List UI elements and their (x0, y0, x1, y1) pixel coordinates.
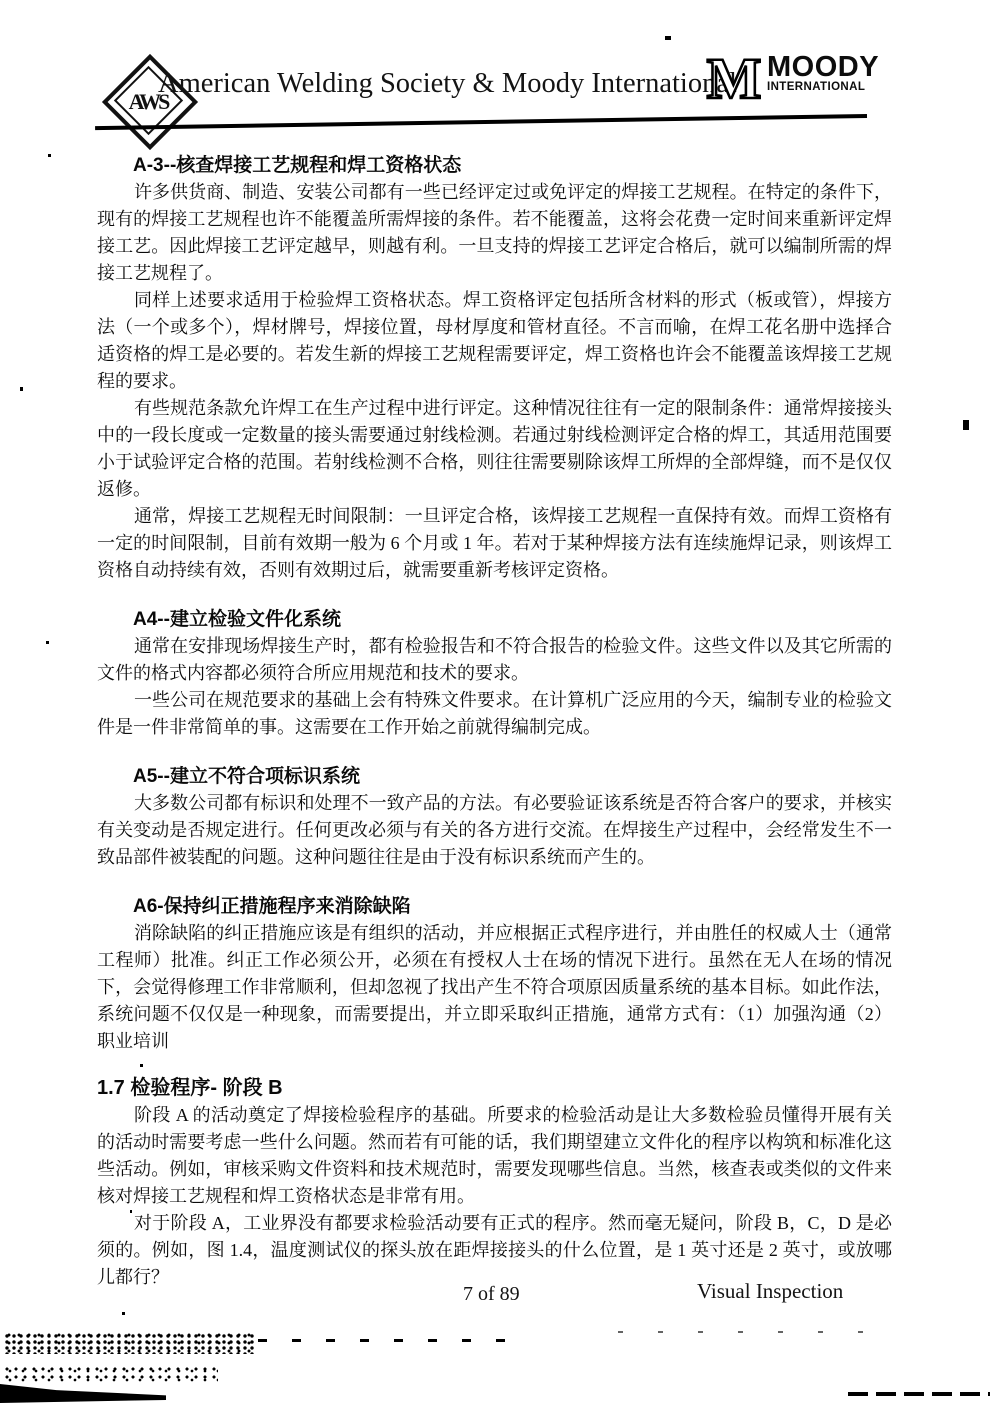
scan-noise-band (4, 1366, 218, 1383)
paragraph: 消除缺陷的纠正措施应该是有组织的活动，并应根据正式程序进行，并由胜任的权威人士（… (97, 920, 892, 1055)
section-heading: A-3--核查焊接工艺规程和焊工资格状态 (133, 152, 892, 179)
header-rule (95, 114, 867, 130)
section-a4: A4--建立检验文件化系统 通常在安排现场焊接生产时，都有检验报告和不符合报告的… (97, 606, 892, 741)
scan-speck (122, 1312, 125, 1315)
scan-noise-band (258, 1337, 530, 1344)
paragraph: 有些规范条款允许焊工在生产过程中进行评定。这种情况往往有一定的限制条件：通常焊接… (97, 395, 892, 503)
moody-m-icon: M (706, 50, 762, 108)
scan-noise-band (618, 1329, 886, 1334)
scan-speck (48, 154, 51, 157)
section-heading: A4--建立检验文件化系统 (133, 606, 892, 633)
section-a3: A-3--核查焊接工艺规程和焊工资格状态 许多供货商、制造、安装公司都有一些已经… (97, 152, 892, 584)
scan-speck (130, 1210, 132, 1213)
scan-speck (20, 387, 23, 391)
section-heading: A5--建立不符合项标识系统 (133, 763, 892, 790)
paragraph: 大多数公司都有标识和处理不一致产品的方法。有必要验证该系统是否符合客户的要求，并… (97, 790, 892, 871)
paragraph: 一些公司在规范要求的基础上会有特殊文件要求。在计算机广泛应用的今天，编制专业的检… (97, 687, 892, 741)
scan-speck (963, 420, 969, 430)
section-a5: A5--建立不符合项标识系统 大多数公司都有标识和处理不一致产品的方法。有必要验… (97, 763, 892, 871)
svg-text:M: M (707, 50, 762, 108)
scan-noise-band (4, 1333, 256, 1354)
scan-speck (140, 1064, 143, 1067)
section-a6: A6-保持纠正措施程序来消除缺陷 消除缺陷的纠正措施应该是有组织的活动，并应根据… (97, 893, 892, 1055)
scan-speck (46, 641, 49, 644)
moody-wordmark: MOODY (767, 53, 879, 81)
moody-wordmark-block: MOODY INTERNATIONAL (767, 50, 879, 94)
scan-speck (665, 36, 671, 40)
scanned-document-page: AWS American Welding Society & Moody Int… (0, 0, 992, 1403)
paragraph: 通常在安排现场焊接生产时，都有检验报告和不符合报告的检验文件。这些文件以及其它所… (97, 633, 892, 687)
section-1-7: 1.7 检验程序- 阶段 B 阶段 A 的活动奠定了焊接检验程序的基础。所要求的… (97, 1075, 892, 1291)
moody-subtitle: INTERNATIONAL (767, 81, 879, 94)
doc-title: Visual Inspection (697, 1279, 843, 1304)
scan-noise-dash (848, 1392, 990, 1396)
paragraph: 阶段 A 的活动奠定了焊接检验程序的基础。所要求的检验活动是让大多数检验员懂得开… (97, 1102, 892, 1210)
paragraph: 通常，焊接工艺规程无时间限制：一旦评定合格，该焊接工艺规程一直保持有效。而焊工资… (97, 503, 892, 584)
section-heading: 1.7 检验程序- 阶段 B (97, 1075, 892, 1102)
org-title: American Welding Society & Moody Interna… (158, 68, 737, 100)
document-body: A-3--核查焊接工艺规程和焊工资格状态 许多供货商、制造、安装公司都有一些已经… (97, 152, 892, 1291)
scan-corner-artifact (0, 1384, 166, 1403)
section-heading: A6-保持纠正措施程序来消除缺陷 (133, 893, 892, 920)
paragraph: 许多供货商、制造、安装公司都有一些已经评定过或免评定的焊接工艺规程。在特定的条件… (97, 179, 892, 287)
paragraph: 同样上述要求适用于检验焊工资格状态。焊工资格评定包括所含材料的形式（板或管），焊… (97, 287, 892, 395)
page-indicator: 7 of 89 (463, 1283, 520, 1306)
moody-logo: M MOODY INTERNATIONAL (706, 50, 879, 108)
